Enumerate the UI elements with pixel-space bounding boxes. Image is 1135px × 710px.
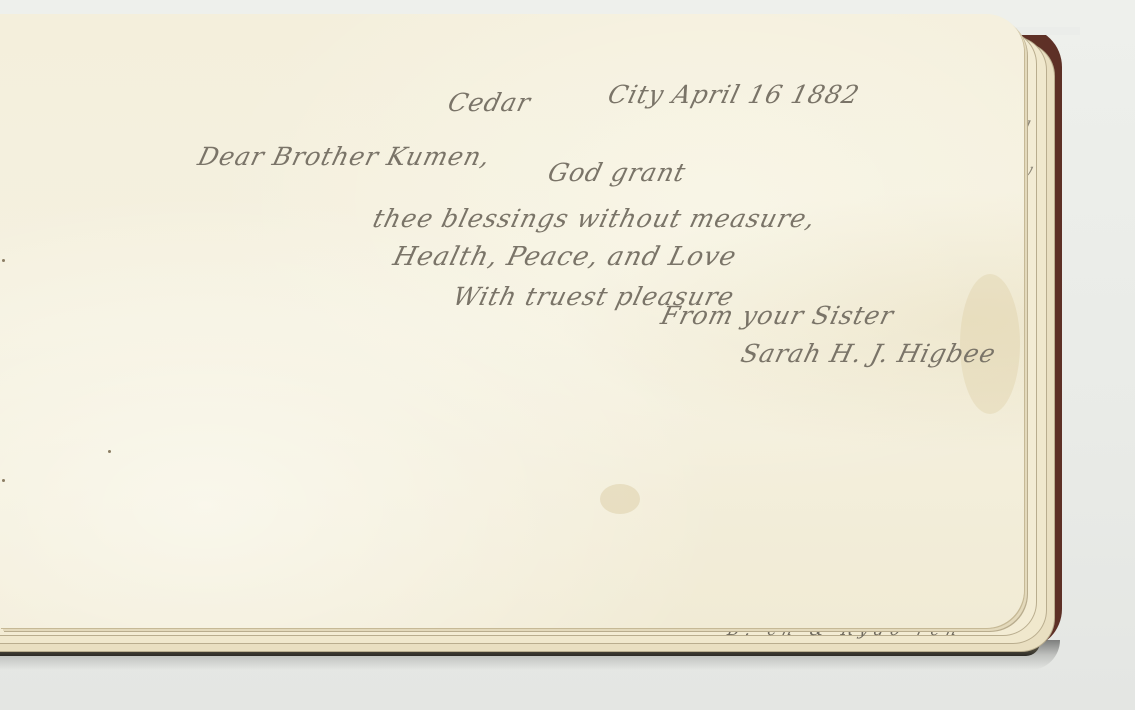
verse-line-2: thee blessings without measure,	[370, 204, 819, 233]
salutation: Dear Brother Kumen,	[195, 142, 494, 171]
binding-mark	[2, 259, 5, 262]
signature: Sarah H. J. Higbee	[738, 339, 999, 368]
paper-speck	[108, 450, 111, 453]
verse-line-1: God grant	[545, 158, 689, 187]
album-photograph: d y B. ch & Rydo ren Cedar City April 16…	[0, 0, 1135, 710]
closing: From your Sister	[658, 301, 897, 330]
paper-stain	[600, 484, 640, 514]
album-page: Cedar City April 16 1882 Dear Brother Ku…	[0, 14, 1024, 628]
date-line: City April 16 1882	[605, 80, 863, 109]
binding-mark	[2, 479, 5, 482]
date-line-place: Cedar	[445, 88, 534, 117]
verse-line-3: Health, Peace, and Love	[390, 242, 740, 272]
